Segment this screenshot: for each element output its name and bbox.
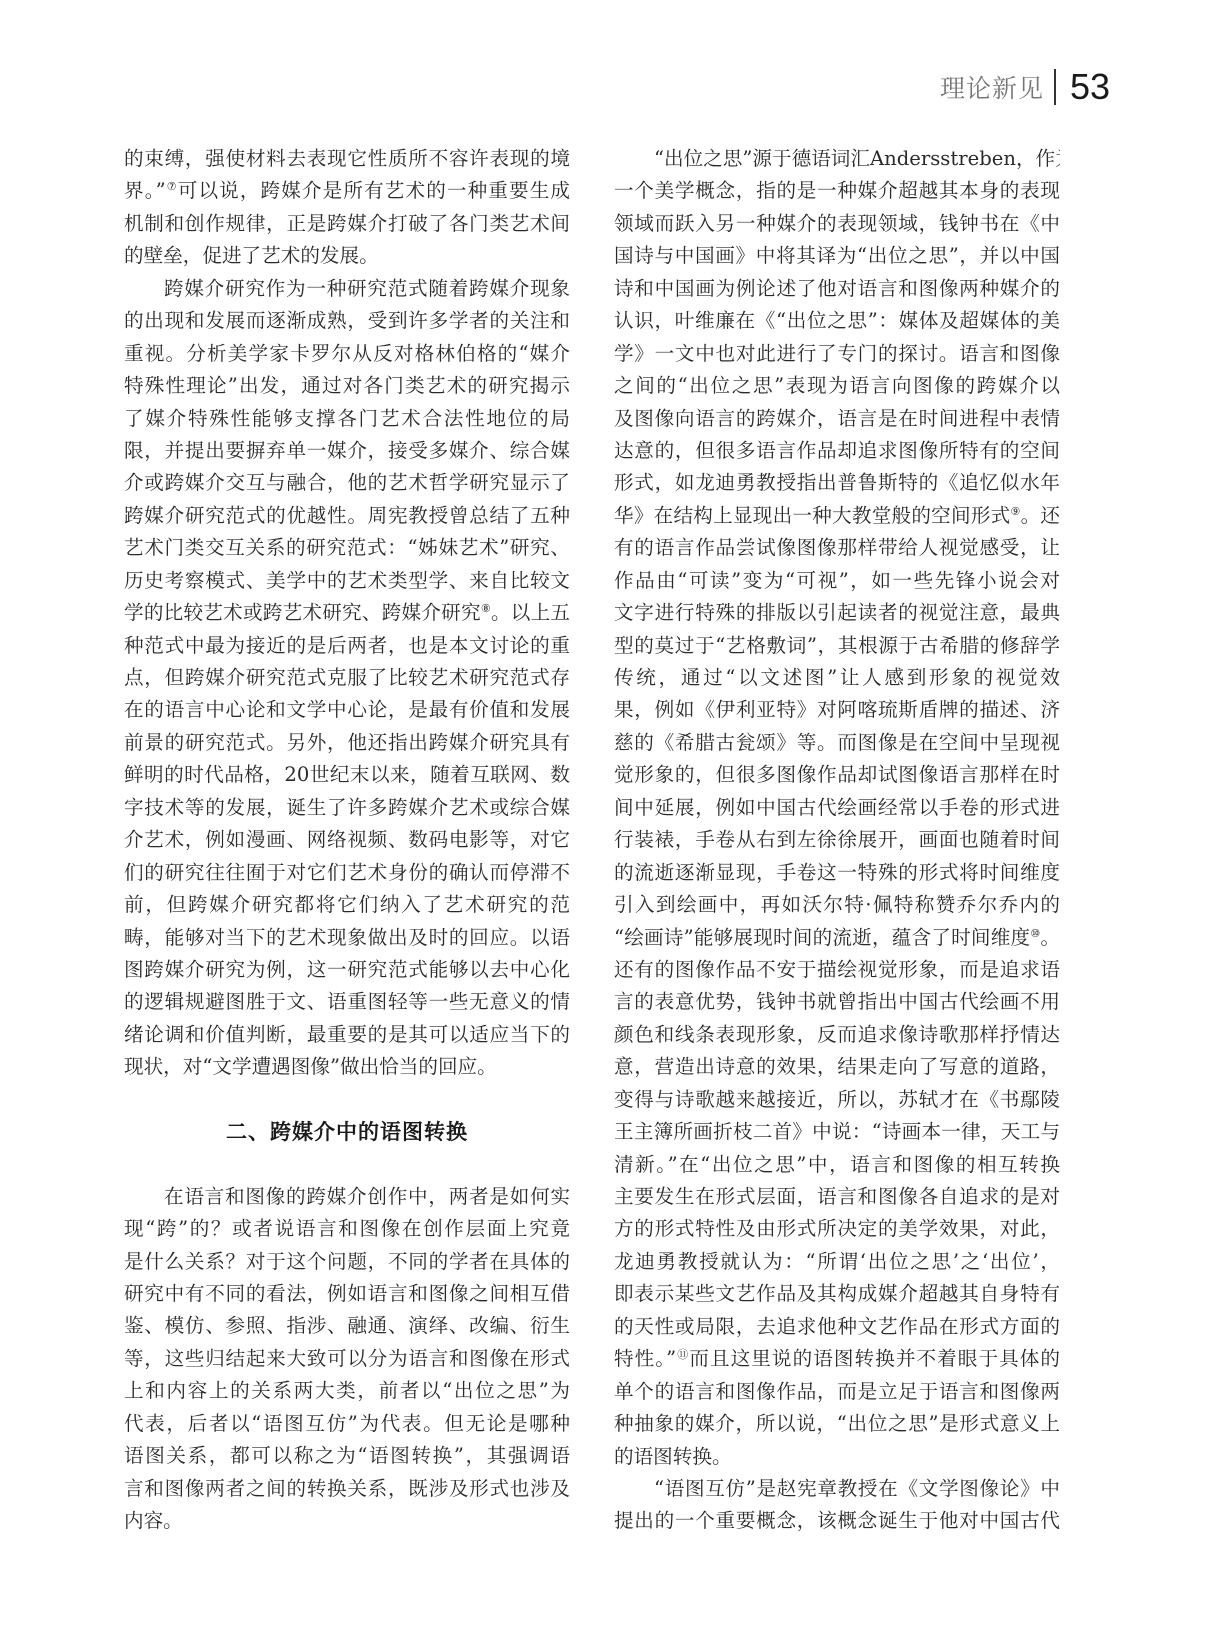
text-line: 主要发生在形式层面，语言和图像各自追求的是对	[614, 1181, 1060, 1213]
text-line: 上和内容上的关系两大类，前者以“出位之思”为	[124, 1375, 570, 1407]
text-line: 界。”⑦可以说，跨媒介是所有艺术的一种重要生成	[124, 175, 570, 207]
text-line: 鉴、模仿、参照、指涉、融通、演绎、改编、衍生	[124, 1310, 570, 1342]
footnote-ref[interactable]: ⑧	[481, 602, 491, 615]
text-line: 限，并提出要摒弃单一媒介，接受多媒介、综合媒	[124, 435, 570, 467]
text-line: 特性。”⑪而且这里说的语图转换并不着眼于具体的	[614, 1343, 1060, 1375]
text-line: 华》在结构上显现出一种大教堂般的空间形式⑨。还	[614, 500, 1060, 532]
text-line: 领域而跃入另一种媒介的表现领域，钱钟书在《中	[614, 208, 1060, 240]
text-line: “绘画诗”能够展现时间的流逝，蕴含了时间维度⑩。	[614, 922, 1060, 954]
text-line: 现“跨”的？或者说语言和图像在创作层面上究竟	[124, 1213, 570, 1245]
paragraph: “语图互仿”是赵宪章教授在《文学图像论》中 提出的一个重要概念，该概念诞生于他对…	[614, 1473, 1060, 1538]
text-line: 言和图像两者之间的转换关系，既涉及形式也涉及	[124, 1473, 570, 1505]
text-line: 艺术门类交互关系的研究范式：“姊妹艺术”研究、	[124, 532, 570, 564]
text-line: 内容。	[124, 1505, 570, 1537]
text-line: 代表，后者以“语图互仿”为代表。但无论是哪种	[124, 1408, 570, 1440]
text-line: 重视。分析美学家卡罗尔从反对格林伯格的“媒介	[124, 338, 570, 370]
text-line: 王主簿所画折枝二首》中说：“诗画本一律，天工与	[614, 1116, 1060, 1148]
text-line: 诗和中国画为例论述了他对语言和图像两种媒介的	[614, 273, 1060, 305]
text-line: 前，但跨媒介研究都将它们纳入了艺术研究的范	[124, 889, 570, 921]
left-column: 的束缚，强使材料去表现它性质所不容许表现的境 界。”⑦可以说，跨媒介是所有艺术的…	[124, 143, 570, 1538]
footnote-ref[interactable]: ⑩	[1030, 927, 1040, 940]
paragraph: 跨媒介研究作为一种研究范式随着跨媒介现象 的出现和发展而逐渐成熟，受到许多学者的…	[124, 273, 570, 1084]
text-line: 达意的，但很多语言作品却追求图像所特有的空间	[614, 435, 1060, 467]
text-line: 畴，能够对当下的艺术现象做出及时的回应。以语	[124, 922, 570, 954]
text-line: 机制和创作规律，正是跨媒介打破了各门类艺术间	[124, 208, 570, 240]
text-line: 前景的研究范式。另外，他还指出跨媒介研究具有	[124, 727, 570, 759]
text-line: 特殊性理论”出发，通过对各门类艺术的研究揭示	[124, 370, 570, 402]
text-line: 觉形象的，但很多图像作品却试图像语言那样在时	[614, 759, 1060, 791]
text-line: 等，这些归结起来大致可以分为语言和图像在形式	[124, 1343, 570, 1375]
text-line: 的壁垒，促进了艺术的发展。	[124, 240, 570, 272]
text-line: 意，营造出诗意的效果，结果走向了写意的道路，	[614, 1051, 1060, 1083]
text-line: 学》一文中也对此进行了专门的探讨。语言和图像	[614, 338, 1060, 370]
text-line: “出位之思”源于德语词汇Andersstreben，作为	[614, 143, 1060, 175]
text-line: 了媒介特殊性能够支撑各门艺术合法性地位的局	[124, 403, 570, 435]
text-line: 引入到绘画中，再如沃尔特·佩特称赞乔尔乔内的	[614, 889, 1060, 921]
text-line: 的逻辑规避图胜于文、语重图轻等一些无意义的情	[124, 986, 570, 1018]
text-line: 的语图转换。	[614, 1441, 1060, 1473]
text-line: 型的莫过于“艺格敷词”，其根源于古希腊的修辞学	[614, 630, 1060, 662]
text-line: 单个的语言和图像作品，而是立足于语言和图像两	[614, 1376, 1060, 1408]
text-line: 鲜明的时代品格，20世纪末以来，随着互联网、数	[124, 759, 570, 791]
text-line: 变得与诗歌越来越接近，所以，苏轼才在《书鄢陵	[614, 1084, 1060, 1116]
text-line: 果，例如《伊利亚特》对阿喀琉斯盾牌的描述、济	[614, 694, 1060, 726]
text-line: 即表示某些文艺作品及其构成媒介超越其自身特有	[614, 1278, 1060, 1310]
text-line: “语图互仿”是赵宪章教授在《文学图像论》中	[614, 1473, 1060, 1505]
text-line: 的天性或局限，去追求他种文艺作品在形式方面的	[614, 1311, 1060, 1343]
section-title: 理论新见	[940, 69, 1044, 105]
header-divider	[1054, 69, 1056, 105]
text-line: 一个美学概念，指的是一种媒介超越其本身的表现	[614, 175, 1060, 207]
text-line: 清新。”在“出位之思”中，语言和图像的相互转换	[614, 1149, 1060, 1181]
text-line: 还有的图像作品不安于描绘视觉形象，而是追求语	[614, 954, 1060, 986]
text-line: 历史考察模式、美学中的艺术类型学、来自比较文	[124, 565, 570, 597]
text-line: 作品由“可读”变为“可视”，如一些先锋小说会对	[614, 565, 1060, 597]
text-line: 间中延展，例如中国古代绘画经常以手卷的形式进	[614, 792, 1060, 824]
text-line: 研究中有不同的看法，例如语言和图像之间相互借	[124, 1278, 570, 1310]
text-line: 形式，如龙迪勇教授指出普鲁斯特的《追忆似水年	[614, 467, 1060, 499]
text-line: 字技术等的发展，诞生了许多跨媒介艺术或综合媒	[124, 792, 570, 824]
text-line: 慈的《希腊古瓮颂》等。而图像是在空间中呈现视	[614, 727, 1060, 759]
text-line: 行装裱，手卷从右到左徐徐展开，画面也随着时间	[614, 824, 1060, 856]
page-number: 53	[1070, 66, 1110, 108]
text-line: 认识，叶维廉在《“出位之思”：媒体及超媒体的美	[614, 305, 1060, 337]
section-heading: 二、跨媒介中的语图转换	[124, 1084, 570, 1181]
footnote-ref[interactable]: ⑦	[166, 180, 178, 193]
running-header: 理论新见 53	[940, 62, 1110, 112]
text-line: 现状，对“文学遭遇图像”做出恰当的回应。	[124, 1051, 570, 1083]
text-line: 传统，通过“以文述图”让人感到形象的视觉效	[614, 662, 1060, 694]
text-line: 种范式中最为接近的是后两者，也是本文讨论的重	[124, 630, 570, 662]
text-line: 提出的一个重要概念，该概念诞生于他对中国古代	[614, 1505, 1060, 1537]
text-line: 语图关系，都可以称之为“语图转换”，其强调语	[124, 1440, 570, 1472]
text-line: 是什么关系？对于这个问题，不同的学者在具体的	[124, 1246, 570, 1278]
text-line: 方的形式特性及由形式所决定的美学效果，对此，	[614, 1213, 1060, 1245]
text-line: 及图像向语言的跨媒介，语言是在时间进程中表情	[614, 403, 1060, 435]
text-line: 在语言和图像的跨媒介创作中，两者是如何实	[124, 1181, 570, 1213]
text-line: 有的语言作品尝试像图像那样带给人视觉感受，让	[614, 532, 1060, 564]
text-line: 的束缚，强使材料去表现它性质所不容许表现的境	[124, 143, 570, 175]
footnote-ref[interactable]: ⑪	[676, 1348, 689, 1361]
text-line: 之间的“出位之思”表现为语言向图像的跨媒介以	[614, 370, 1060, 402]
text-line: 的出现和发展而逐渐成熟，受到许多学者的关注和	[124, 305, 570, 337]
text-line: 跨媒介研究范式的优越性。周宪教授曾总结了五种	[124, 500, 570, 532]
right-column: “出位之思”源于德语词汇Andersstreben，作为 一个美学概念，指的是一…	[614, 143, 1060, 1538]
text-line: 在的语言中心论和文学中心论，是最有价值和发展	[124, 694, 570, 726]
text-line: 言的表意优势，钱钟书就曾指出中国古代绘画不用	[614, 986, 1060, 1018]
text-line: 跨媒介研究作为一种研究范式随着跨媒介现象	[124, 273, 570, 305]
text-line: 颜色和线条表现形象，反而追求像诗歌那样抒情达	[614, 1019, 1060, 1051]
text-line: 种抽象的媒介，所以说，“出位之思”是形式意义上	[614, 1408, 1060, 1440]
text-line: 国诗与中国画》中将其译为“出位之思”，并以中国	[614, 240, 1060, 272]
text-line: 们的研究往往囿于对它们艺术身份的确认而停滞不	[124, 857, 570, 889]
text-line: 介艺术，例如漫画、网络视频、数码电影等，对它	[124, 824, 570, 856]
text-line: 点，但跨媒介研究范式克服了比较艺术研究范式存	[124, 662, 570, 694]
text-line: 介或跨媒介交互与融合，他的艺术哲学研究显示了	[124, 467, 570, 499]
footnote-ref[interactable]: ⑨	[1010, 505, 1020, 518]
text-line: 图跨媒介研究为例，这一研究范式能够以去中心化	[124, 954, 570, 986]
text-line: 文字进行特殊的排版以引起读者的视觉注意，最典	[614, 597, 1060, 629]
text-line: 龙迪勇教授就认为：“所谓‘出位之思’之‘出位’，	[614, 1246, 1060, 1278]
paragraph: 在语言和图像的跨媒介创作中，两者是如何实 现“跨”的？或者说语言和图像在创作层面…	[124, 1181, 570, 1538]
text-line: 的流逝逐渐显现，手卷这一特殊的形式将时间维度	[614, 857, 1060, 889]
text-line: 学的比较艺术或跨艺术研究、跨媒介研究⑧。以上五	[124, 597, 570, 629]
text-line: 绪论调和价值判断，最重要的是其可以适应当下的	[124, 1019, 570, 1051]
paragraph: 的束缚，强使材料去表现它性质所不容许表现的境 界。”⑦可以说，跨媒介是所有艺术的…	[124, 143, 570, 273]
paragraph: “出位之思”源于德语词汇Andersstreben，作为 一个美学概念，指的是一…	[614, 143, 1060, 1473]
